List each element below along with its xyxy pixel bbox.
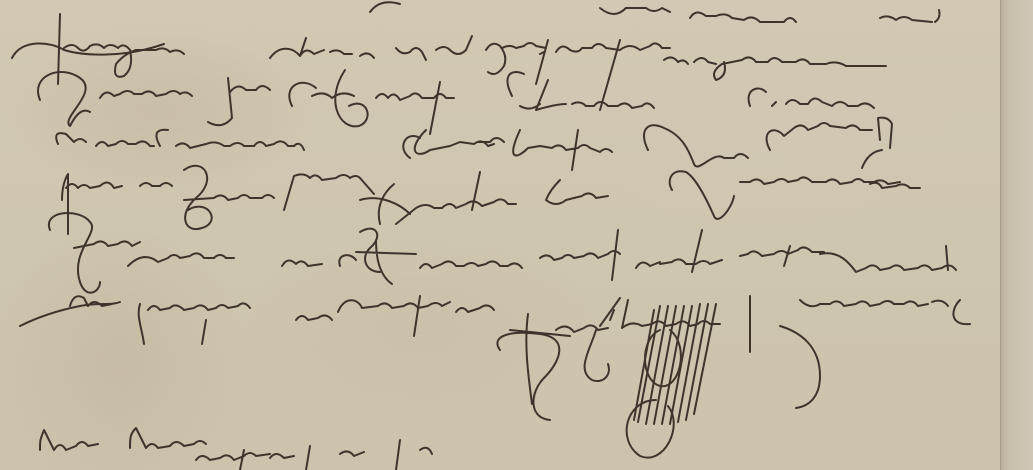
manuscript-page: ...ynegee et du ... francemens fred que … — [0, 0, 1000, 470]
page-edge — [1000, 0, 1033, 470]
handwriting-strokes — [0, 0, 1000, 470]
